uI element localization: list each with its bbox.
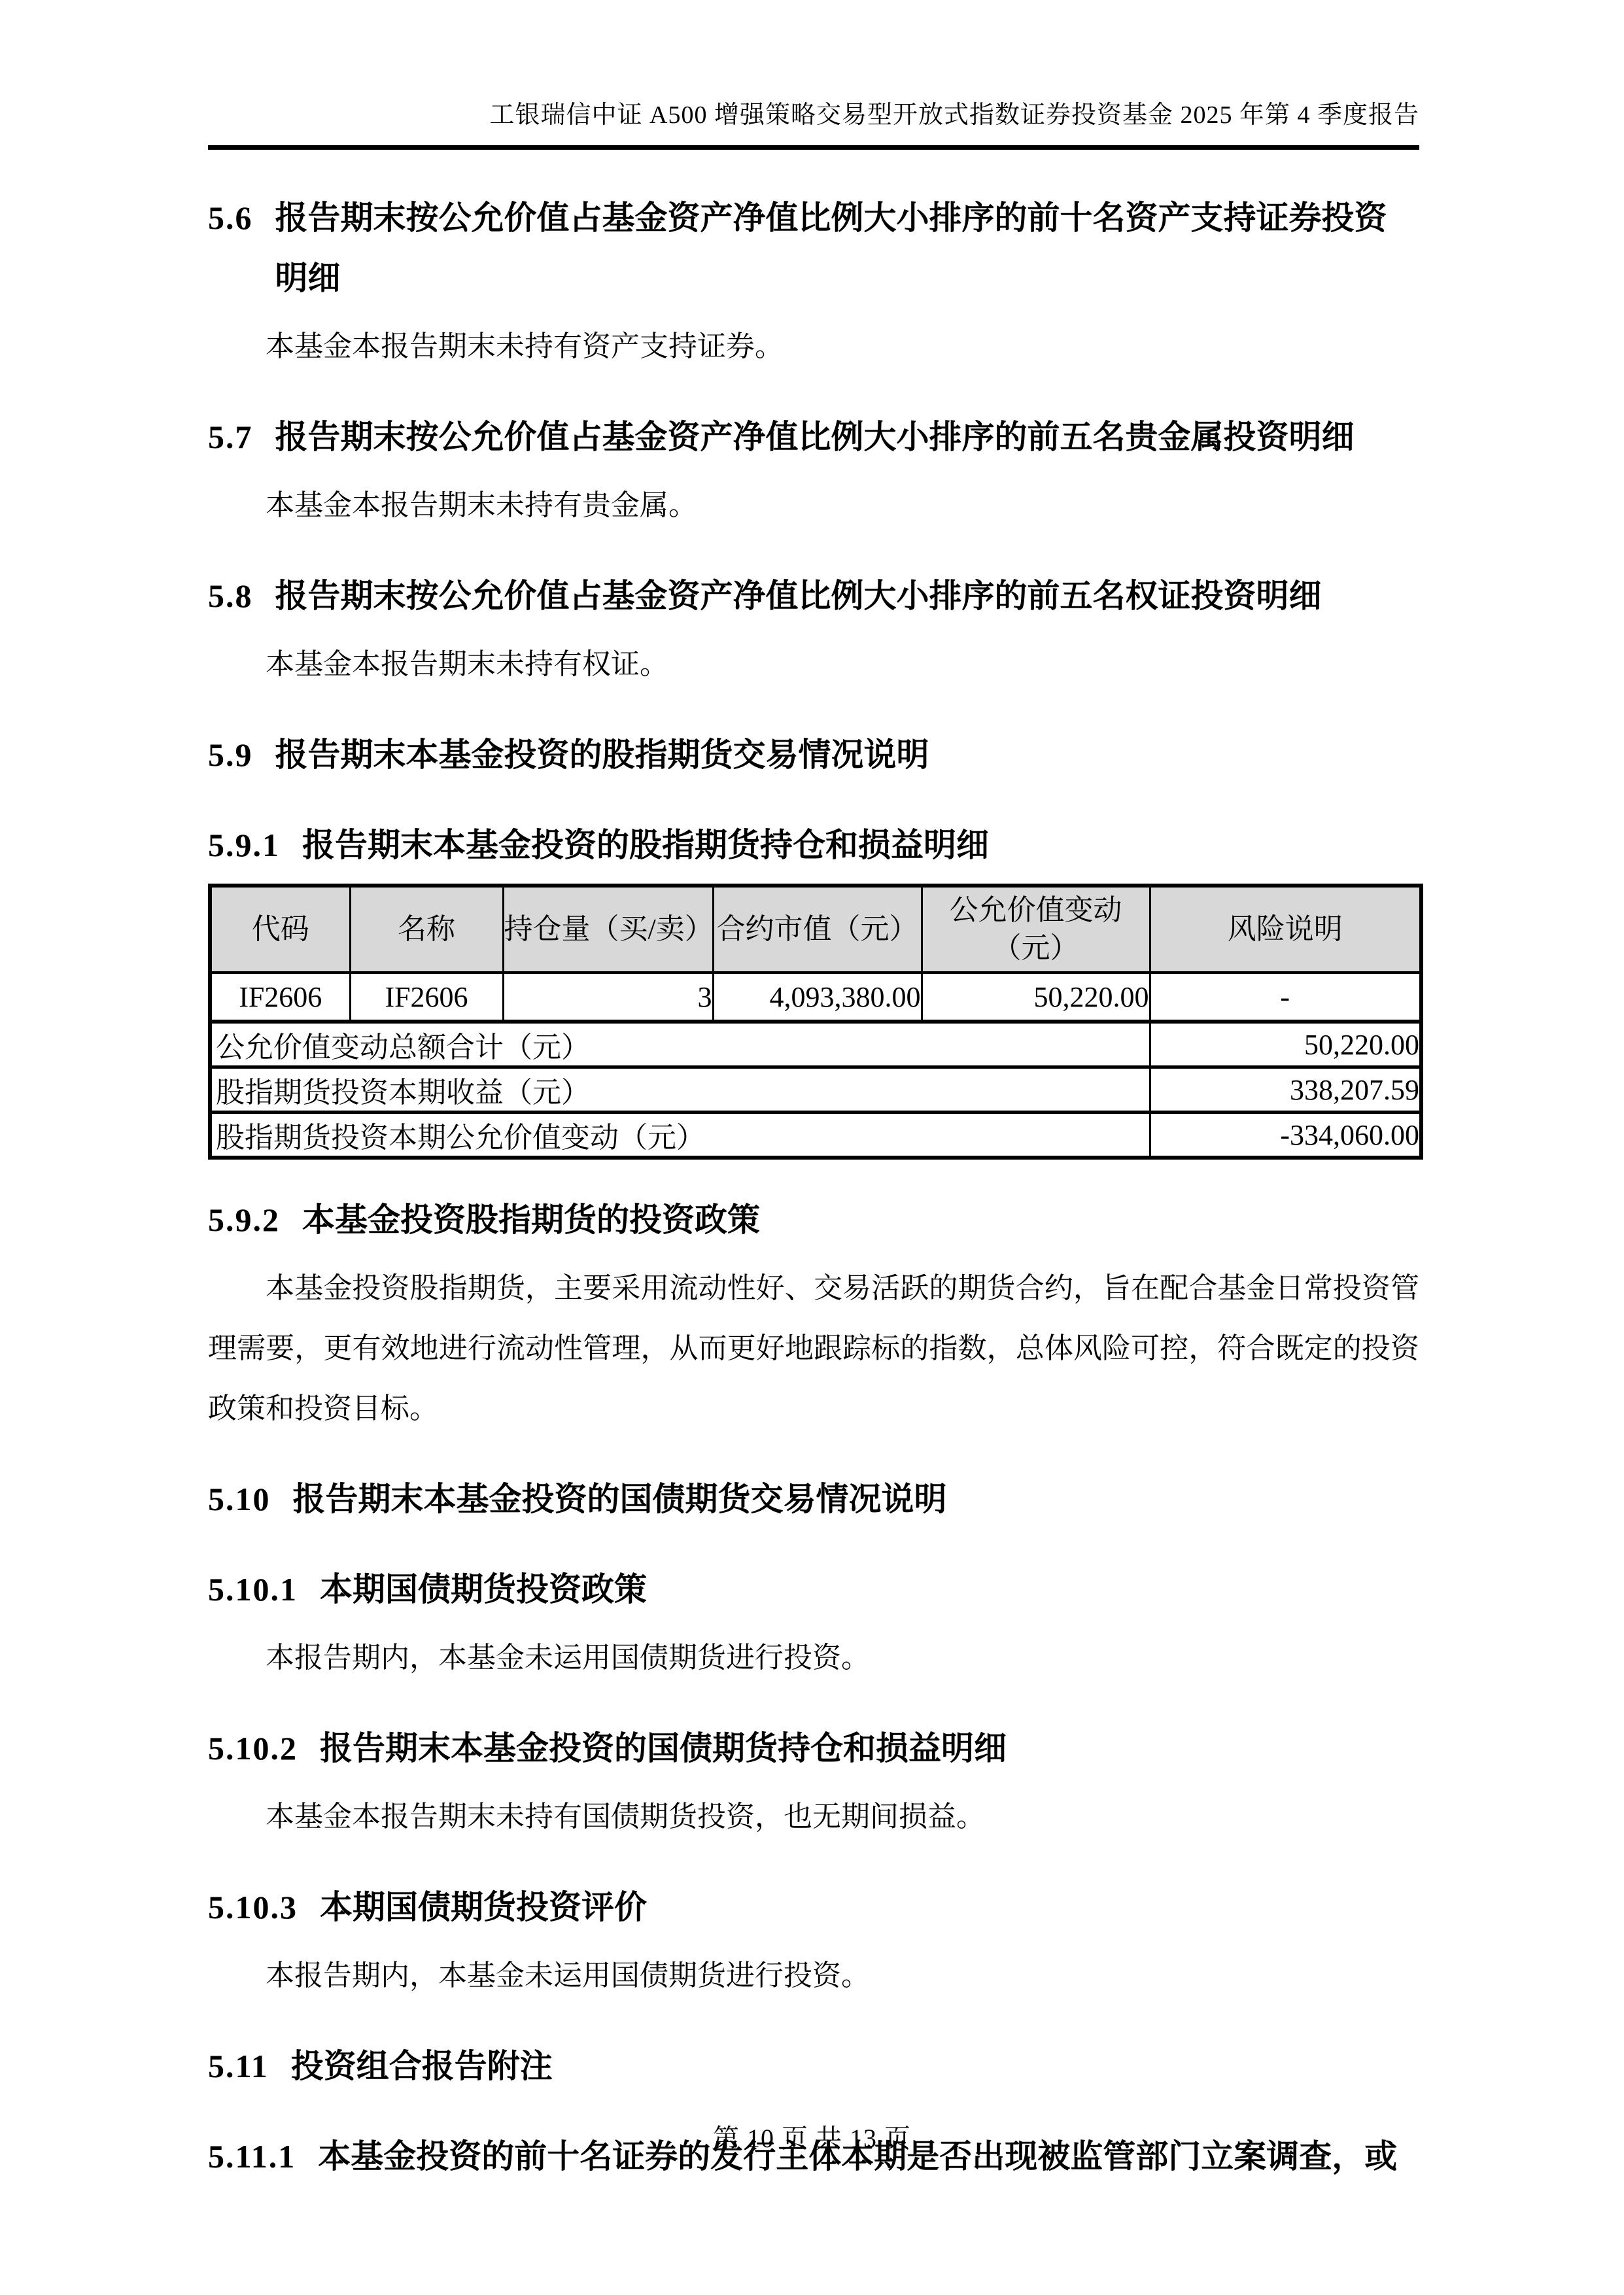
- summary-label: 股指期货投资本期公允价值变动（元）: [210, 1113, 1150, 1158]
- running-header: 工银瑞信中证 A500 增强策略交易型开放式指数证券投资基金 2025 年第 4…: [208, 0, 1419, 150]
- section-5-8-body: 本基金本报告期末未持有权证。: [208, 634, 1419, 695]
- section-title: 投资组合报告附注: [291, 2036, 1419, 2096]
- section-5-6-heading: 5.6 报告期末按公允价值占基金资产净值比例大小排序的前十名资产支持证券投资明细: [208, 188, 1419, 308]
- section-5-7: 5.7 报告期末按公允价值占基金资产净值比例大小排序的前五名贵金属投资明细 本基…: [208, 407, 1419, 536]
- section-5-10-1-body: 本报告期内，本基金未运用国债期货进行投资。: [208, 1628, 1419, 1688]
- section-title: 报告期末按公允价值占基金资产净值比例大小排序的前五名贵金属投资明细: [275, 407, 1420, 467]
- section-5-9-1: 5.9.1 报告期末本基金投资的股指期货持仓和损益明细 代码 名称 持仓量（买/…: [208, 815, 1419, 1160]
- section-title: 报告期末本基金投资的股指期货交易情况说明: [275, 725, 1420, 785]
- header-rule: [208, 145, 1419, 150]
- section-5-8: 5.8 报告期末按公允价值占基金资产净值比例大小排序的前五名权证投资明细 本基金…: [208, 566, 1419, 695]
- section-5-10-1-heading: 5.10.1 本期国债期货投资政策: [208, 1559, 1419, 1619]
- section-number: 5.9.2: [208, 1190, 280, 1250]
- summary-row-period-income: 股指期货投资本期收益（元） 338,207.59: [210, 1067, 1421, 1113]
- section-5-9: 5.9 报告期末本基金投资的股指期货交易情况说明: [208, 725, 1419, 785]
- table-header-row: 代码 名称 持仓量（买/卖） 合约市值（元） 公允价值变动（元） 风险说明: [210, 886, 1421, 973]
- col-header-fair-value-change: 公允价值变动（元）: [922, 886, 1150, 973]
- col-header-name: 名称: [350, 886, 503, 973]
- section-number: 5.10.2: [208, 1718, 298, 1778]
- section-5-10-2-heading: 5.10.2 报告期末本基金投资的国债期货持仓和损益明细: [208, 1718, 1419, 1778]
- section-5-9-2-body: 本基金投资股指期货，主要采用流动性好、交易活跃的期货合约，旨在配合基金日常投资管…: [208, 1258, 1419, 1439]
- section-number: 5.10.1: [208, 1559, 298, 1619]
- section-5-11: 5.11 投资组合报告附注: [208, 2036, 1419, 2096]
- running-header-title: 工银瑞信中证 A500 增强策略交易型开放式指数证券投资基金 2025 年第 4…: [208, 99, 1419, 131]
- cell-name: IF2606: [350, 973, 503, 1022]
- section-title: 报告期末本基金投资的国债期货持仓和损益明细: [320, 1718, 1419, 1778]
- section-number: 5.9.1: [208, 815, 280, 875]
- section-5-10-3: 5.10.3 本期国债期货投资评价 本报告期内，本基金未运用国债期货进行投资。: [208, 1877, 1419, 2006]
- col-header-market-value: 合约市值（元）: [713, 886, 922, 973]
- page-number-footer: 第 10 页 共 13 页: [0, 2118, 1624, 2155]
- section-5-7-heading: 5.7 报告期末按公允价值占基金资产净值比例大小排序的前五名贵金属投资明细: [208, 407, 1419, 467]
- section-title: 报告期末按公允价值占基金资产净值比例大小排序的前十名资产支持证券投资明细: [275, 188, 1420, 308]
- futures-positions-table: 代码 名称 持仓量（买/卖） 合约市值（元） 公允价值变动（元） 风险说明 IF…: [208, 884, 1423, 1160]
- table-row: IF2606 IF2606 3 4,093,380.00 50,220.00 -: [210, 973, 1421, 1022]
- section-number: 5.6: [208, 188, 253, 248]
- section-title: 本期国债期货投资评价: [320, 1877, 1419, 1937]
- section-5-10-3-body: 本报告期内，本基金未运用国债期货进行投资。: [208, 1946, 1419, 2006]
- section-5-10: 5.10 报告期末本基金投资的国债期货交易情况说明: [208, 1469, 1419, 1529]
- section-5-11-heading: 5.11 投资组合报告附注: [208, 2036, 1419, 2096]
- cell-fair-value-change: 50,220.00: [922, 973, 1150, 1022]
- section-title: 本基金投资股指期货的投资政策: [302, 1190, 1419, 1250]
- col-header-position: 持仓量（买/卖）: [503, 886, 713, 973]
- section-5-9-heading: 5.9 报告期末本基金投资的股指期货交易情况说明: [208, 725, 1419, 785]
- section-number: 5.7: [208, 407, 253, 467]
- section-5-10-2: 5.10.2 报告期末本基金投资的国债期货持仓和损益明细 本基金本报告期末未持有…: [208, 1718, 1419, 1847]
- section-title: 报告期末本基金投资的国债期货交易情况说明: [293, 1469, 1420, 1529]
- section-title: 本期国债期货投资政策: [320, 1559, 1419, 1619]
- summary-value: 50,220.00: [1150, 1022, 1421, 1067]
- summary-label: 公允价值变动总额合计（元）: [210, 1022, 1150, 1067]
- section-5-8-heading: 5.8 报告期末按公允价值占基金资产净值比例大小排序的前五名权证投资明细: [208, 566, 1419, 626]
- col-header-risk-note: 风险说明: [1150, 886, 1421, 973]
- section-number: 5.10: [208, 1469, 271, 1529]
- section-5-10-2-body: 本基金本报告期末未持有国债期货投资，也无期间损益。: [208, 1787, 1419, 1847]
- section-5-6-body: 本基金本报告期末未持有资产支持证券。: [208, 317, 1419, 377]
- cell-position: 3: [503, 973, 713, 1022]
- cell-market-value: 4,093,380.00: [713, 973, 922, 1022]
- section-5-9-2-heading: 5.9.2 本基金投资股指期货的投资政策: [208, 1190, 1419, 1250]
- col-header-code: 代码: [210, 886, 350, 973]
- section-5-10-1: 5.10.1 本期国债期货投资政策 本报告期内，本基金未运用国债期货进行投资。: [208, 1559, 1419, 1688]
- section-number: 5.8: [208, 566, 253, 626]
- section-5-10-3-heading: 5.10.3 本期国债期货投资评价: [208, 1877, 1419, 1937]
- section-number: 5.9: [208, 725, 253, 785]
- section-5-9-2: 5.9.2 本基金投资股指期货的投资政策 本基金投资股指期货，主要采用流动性好、…: [208, 1190, 1419, 1439]
- section-number: 5.10.3: [208, 1877, 298, 1937]
- summary-row-total-fair-value-change: 公允价值变动总额合计（元） 50,220.00: [210, 1022, 1421, 1067]
- section-5-6: 5.6 报告期末按公允价值占基金资产净值比例大小排序的前十名资产支持证券投资明细…: [208, 188, 1419, 377]
- section-title: 报告期末本基金投资的股指期货持仓和损益明细: [302, 815, 1419, 875]
- cell-risk-note: -: [1150, 973, 1421, 1022]
- section-number: 5.11: [208, 2036, 269, 2096]
- section-5-9-1-heading: 5.9.1 报告期末本基金投资的股指期货持仓和损益明细: [208, 815, 1419, 875]
- summary-value: 338,207.59: [1150, 1067, 1421, 1113]
- section-5-10-heading: 5.10 报告期末本基金投资的国债期货交易情况说明: [208, 1469, 1419, 1529]
- report-page: 工银瑞信中证 A500 增强策略交易型开放式指数证券投资基金 2025 年第 4…: [0, 0, 1624, 2295]
- summary-row-period-fair-value-change: 股指期货投资本期公允价值变动（元） -334,060.00: [210, 1113, 1421, 1158]
- section-title: 报告期末按公允价值占基金资产净值比例大小排序的前五名权证投资明细: [275, 566, 1420, 626]
- summary-value: -334,060.00: [1150, 1113, 1421, 1158]
- section-5-7-body: 本基金本报告期末未持有贵金属。: [208, 475, 1419, 536]
- cell-code: IF2606: [210, 973, 350, 1022]
- summary-label: 股指期货投资本期收益（元）: [210, 1067, 1150, 1113]
